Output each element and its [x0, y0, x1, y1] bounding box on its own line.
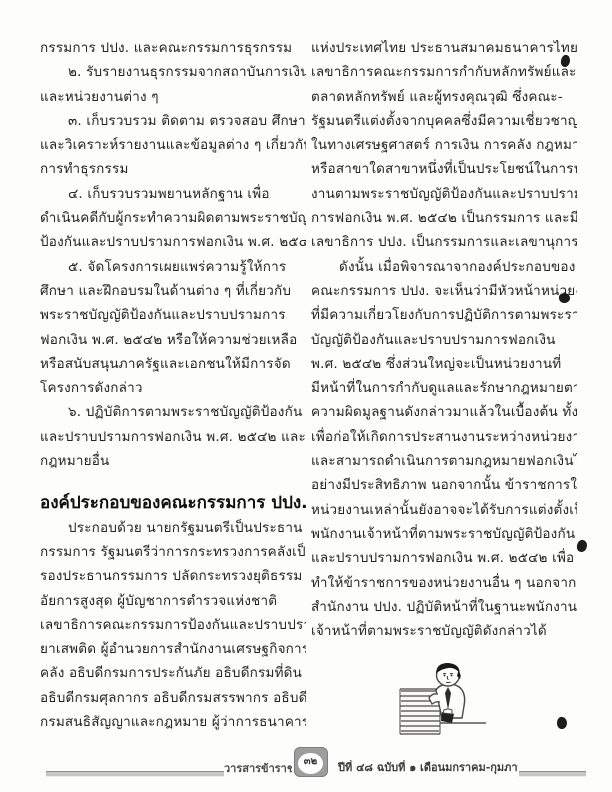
text-line: และสามารถดำเนินการตามกฎหมายฟอกเงินได้: [311, 449, 577, 473]
text-line: ดังนั้น เมื่อพิจารณาจากองค์ประกอบของ: [311, 255, 577, 279]
page-number-badge: ๓๒: [294, 747, 328, 777]
text-line: กรรมการ ปปง. และคณะกรรมการธุรกรรม: [40, 36, 306, 60]
text-line: เพื่อก่อให้เกิดการประสานงานระหว่างหน่วยง…: [311, 425, 577, 449]
text-line: และปราบปรามการฟอกเงิน พ.ศ. ๒๕๔๒ เพื่อ: [311, 546, 577, 570]
text-line: พระราชบัญญัติป้องกันและปราบปรามการ: [40, 303, 306, 327]
text-line: ป้องกันและปราบปรามการฟอกเงิน พ.ศ. ๒๕๔๒: [40, 230, 306, 254]
scanned-journal-page: กรรมการ ปปง. และคณะกรรมการธุรกรรม ๒. รับ…: [0, 0, 612, 792]
text-line: คณะกรรมการ ปปง. จะเห็นว่ามีหัวหน้าหน่วยง…: [311, 279, 577, 303]
text-line: บัญญัติป้องกันและปราบปรามการฟอกเงิน: [311, 328, 577, 352]
issue-info: ปีที่ ๔๘ ฉบับที่ ๑ เดือนมกราคม-กุมภาพันธ…: [338, 760, 518, 776]
office-worker-clipart: [396, 660, 488, 740]
text-line: คลัง อธิบดีกรมการประกันภัย อธิบดีกรมที่ด…: [40, 661, 306, 685]
text-line: งานตามพระราชบัญญัติป้องกันและปราบปราม: [311, 182, 577, 206]
text-line: หน่วยงานเหล่านั้นยังอาจจะได้รับการแต่งตั…: [311, 498, 577, 522]
journal-name: วารสารข้าราชการ: [224, 762, 292, 776]
text-line: เลขาธิการ ปปง. เป็นกรรมการและเลขานุการ: [311, 230, 577, 254]
text-line: แห่งประเทศไทย ประธานสมาคมธนาคารไทย: [311, 36, 577, 60]
text-line: โครงการดังกล่าว: [40, 376, 306, 400]
text-line: และหน่วยงานต่าง ๆ: [40, 85, 306, 109]
text-line: ศึกษา และฝึกอบรมในด้านต่าง ๆ ที่เกี่ยวกั…: [40, 279, 306, 303]
text-line: อัยการสูงสุด ผู้บัญชาการตำรวจแห่งชาติ: [40, 589, 306, 613]
text-line: ตลาดหลักทรัพย์ และผู้ทรงคุณวุฒิ ซึ่งคณะ-: [311, 85, 577, 109]
text-line: กรมสนธิสัญญาและกฎหมาย ผู้ว่าการธนาคาร: [40, 710, 306, 734]
text-line: เลขาธิการคณะกรรมการป้องกันและปราบปราม: [40, 613, 306, 637]
footer-rule-right: [519, 771, 586, 777]
text-line: ประกอบด้วย นายกรัฐมนตรีเป็นประธาน: [40, 516, 306, 540]
text-line: ๕. จัดโครงการเผยแพร่ความรู้ให้การ: [40, 255, 306, 279]
text-line: ๖. ปฏิบัติการตามพระราชบัญญัติป้องกัน: [40, 400, 306, 424]
text-line: สำนักงาน ปปง. ปฏิบัติหน้าที่ในฐานะพนักงา…: [311, 595, 577, 619]
text-line: ยาเสพติด ผู้อำนวยการสำนักงานเศรษฐกิจการ: [40, 637, 306, 661]
office-worker-clipart-svg: [396, 660, 488, 740]
text-line: ที่มีความเกี่ยวโยงกับการปฏิบัติการตามพระ…: [311, 303, 577, 327]
right-column: แห่งประเทศไทย ประธานสมาคมธนาคารไทย เลขาธ…: [311, 36, 577, 643]
text-line: รัฐมนตรีแต่งตั้งจากบุคคลซึ่งมีความเชี่ยว…: [311, 109, 577, 133]
ink-mark: [575, 538, 589, 553]
text-line: พ.ศ. ๒๕๔๒ ซึ่งส่วนใหญ่จะเป็นหน่วยงานที่: [311, 352, 577, 376]
text-line: หรือสนับสนุนภาครัฐและเอกชนให้มีการจัด: [40, 352, 306, 376]
text-line: เลขาธิการคณะกรรมการกำกับหลักทรัพย์และ: [311, 60, 577, 84]
text-line: อธิบดีกรมศุลกากร อธิบดีกรมสรรพากร อธิบดี: [40, 686, 306, 710]
text-line: หรือสาขาใดสาขาหนึ่งที่เป็นประโยชน์ในการป…: [311, 157, 577, 181]
left-column: กรรมการ ปปง. และคณะกรรมการธุรกรรม ๒. รับ…: [40, 36, 306, 734]
text-line: เจ้าหน้าที่ตามพระราชบัญญัติดังกล่าวได้: [311, 619, 577, 643]
text-line: ดำเนินคดีกับผู้กระทำความผิดตามพระราชบัญญ…: [40, 206, 306, 230]
text-line: ๓. เก็บรวบรวม ติดตาม ตรวจสอบ ศึกษา: [40, 109, 306, 133]
text-line: ๒. รับรายงานธุรกรรมจากสถาบันการเงิน: [40, 60, 306, 84]
ink-mark: [556, 716, 568, 729]
section-heading: องค์ประกอบของคณะกรรมการ ปปง.: [40, 491, 306, 515]
text-line: กฎหมายอื่น: [40, 449, 306, 473]
text-line: กรรมการ รัฐมนตรีว่าการกระทรวงการคลังเป็น: [40, 540, 306, 564]
text-line: อย่างมีประสิทธิภาพ นอกจากนั้น ข้าราชการใ…: [311, 473, 577, 497]
text-line: การฟอกเงิน พ.ศ. ๒๕๔๒ เป็นกรรมการ และมี: [311, 206, 577, 230]
footer-rule-left: [46, 771, 224, 777]
text-line: ความผิดมูลฐานดังกล่าวมาแล้วในเบื้องต้น ท…: [311, 400, 577, 424]
text-line: การทำธุรกรรม: [40, 157, 306, 181]
text-line: ทำให้ข้าราชการของหน่วยงานอื่น ๆ นอกจาก: [311, 571, 577, 595]
page-number: ๓๒: [298, 753, 323, 774]
text-line: มีหน้าที่ในการกำกับดูแลและรักษากฎหมายตาม: [311, 376, 577, 400]
text-line: และวิเคราะห์รายงานและข้อมูลต่าง ๆ เกี่ยว…: [40, 133, 306, 157]
text-line: พนักงานเจ้าหน้าที่ตามพระราชบัญญัติป้องกั…: [311, 522, 577, 546]
text-line: รองประธานกรรมการ ปลัดกระทรวงยุติธรรม: [40, 564, 306, 588]
text-line: ๔. เก็บรวบรวมพยานหลักฐาน เพื่อ: [40, 182, 306, 206]
text-line: และปราบปรามการฟอกเงิน พ.ศ. ๒๕๔๒ และ: [40, 425, 306, 449]
text-line: ฟอกเงิน พ.ศ. ๒๕๔๒ หรือให้ความช่วยเหลือ: [40, 328, 306, 352]
text-line: ในทางเศรษฐศาสตร์ การเงิน การคลัง กฎหมาย: [311, 133, 577, 157]
